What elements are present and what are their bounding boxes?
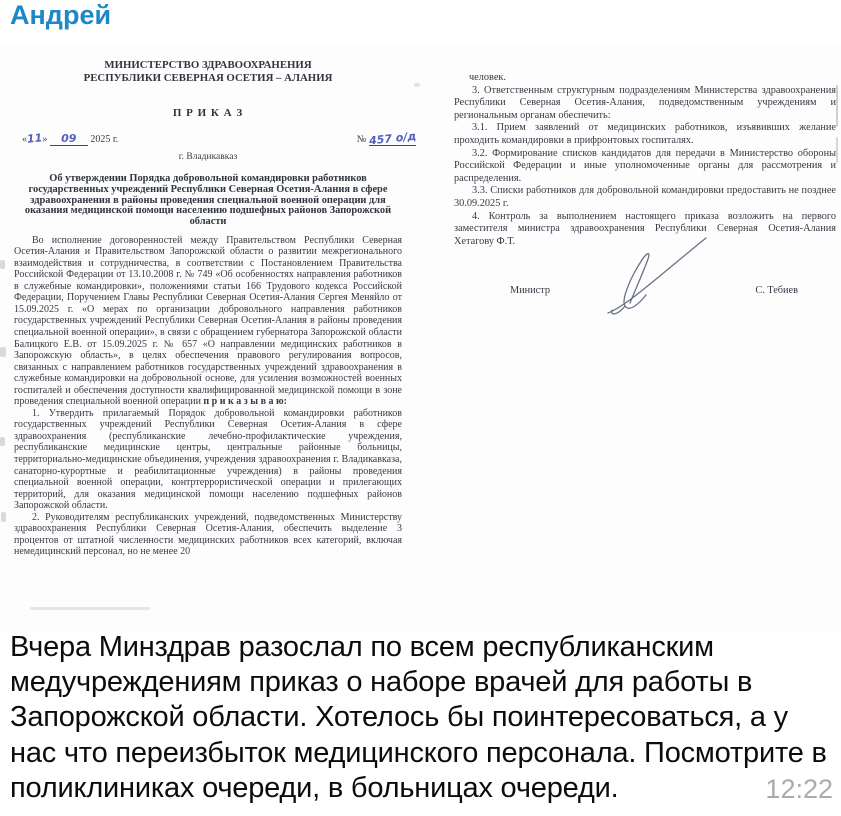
document-date: «11» 09 2025 г.: [22, 133, 118, 147]
document-year: 2025 г.: [90, 134, 118, 145]
ministry-name-line1: МИНИСТЕРСТВО ЗДРАВООХРАНЕНИЯ: [14, 59, 402, 72]
handwritten-month-blank: 09: [50, 133, 88, 147]
minister-name: С. Тебиев: [755, 285, 798, 298]
scan-artifact: [0, 347, 6, 357]
scan-artifact: [414, 83, 420, 87]
document-number: № 457 о/д: [357, 133, 416, 147]
document-paragraph: 3.2. Формирование списков кандидатов для…: [454, 148, 836, 186]
document-paragraph: 3.3. Списки работников для добровольной …: [454, 185, 836, 210]
handwritten-number-blank: 457 о/д: [369, 133, 416, 147]
document-paragraph: человек.: [454, 72, 836, 85]
message-timestamp: 12:22: [765, 774, 833, 805]
quote-close: »: [42, 134, 47, 145]
document-page-2: человек. 3. Ответственным структурным по…: [454, 72, 836, 301]
handwritten-number: 457 о/д: [368, 130, 416, 146]
intro-bold: п р и к а з ы в а ю:: [203, 396, 287, 407]
scan-artifact: [0, 260, 5, 269]
telegram-message: Андрей МИНИСТЕРСТВО ЗДРАВООХРАНЕНИЯ РЕСП…: [0, 0, 841, 816]
document-page-1: МИНИСТЕРСТВО ЗДРАВООХРАНЕНИЯ РЕСПУБЛИКИ …: [14, 55, 402, 558]
handwritten-day: 11: [26, 132, 42, 145]
document-city: г. Владикавказ: [14, 152, 402, 164]
minister-label: Министр: [510, 285, 550, 298]
document-paragraph: 2. Руководителям республиканских учрежде…: [14, 512, 402, 558]
number-label: №: [357, 134, 367, 145]
sender-name[interactable]: Андрей: [10, 0, 111, 31]
handwritten-month: 09: [61, 132, 76, 145]
scan-artifact: [1, 512, 6, 522]
document-photo[interactable]: МИНИСТЕРСТВО ЗДРАВООХРАНЕНИЯ РЕСПУБЛИКИ …: [0, 45, 841, 631]
scan-artifact: [836, 137, 838, 163]
document-intro-paragraph: Во исполнение договоренностей между Прав…: [14, 235, 402, 408]
message-caption: Вчера Минздрав разослал по всем республи…: [10, 630, 834, 806]
document-paragraph: 1. Утвердить прилагаемый Порядок доброво…: [14, 408, 402, 512]
intro-text: Во исполнение договоренностей между Прав…: [14, 235, 402, 408]
document-date-row: «11» 09 2025 г. № 457 о/д: [14, 133, 402, 149]
document-type-heading: П Р И К А З: [14, 108, 402, 120]
document-paragraph: 3.1. Прием заявлений от медицинских рабо…: [454, 122, 836, 147]
scan-artifact: [0, 437, 5, 446]
scan-artifact: [30, 607, 150, 610]
scan-artifact: [836, 85, 838, 127]
document-paragraph: 3. Ответственным структурным подразделен…: [454, 85, 836, 123]
ministry-name-line2: РЕСПУБЛИКИ СЕВЕРНАЯ ОСЕТИЯ – АЛАНИЯ: [14, 72, 402, 85]
document-title: Об утверждении Порядка добровольной кома…: [18, 174, 398, 228]
minister-signature-icon: [600, 235, 712, 323]
